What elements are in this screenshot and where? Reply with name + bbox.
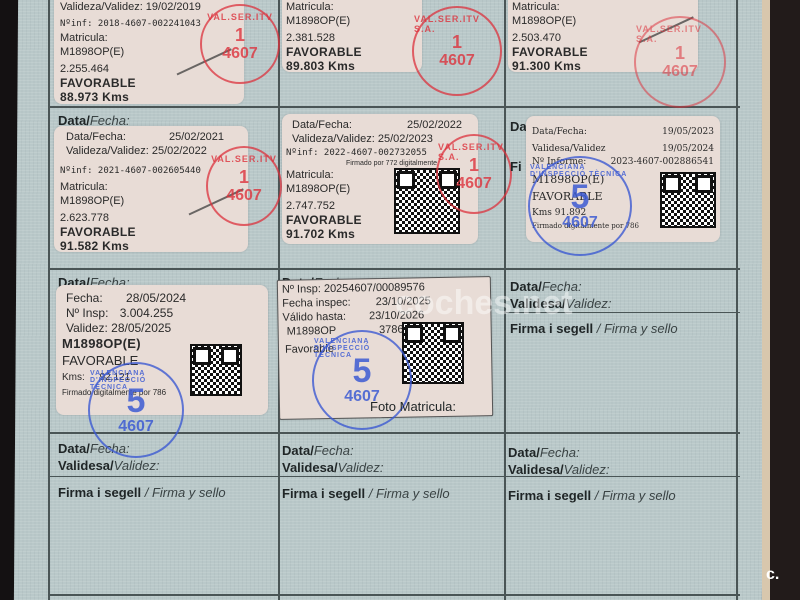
validity-label: Validesa/Validez:	[282, 459, 383, 476]
signature-label: Fi	[510, 158, 522, 175]
grid-divider	[48, 476, 740, 477]
validity-label: Validesa/Validez:	[508, 461, 609, 478]
record-number: 2.381.528	[286, 31, 418, 45]
itv-stamp: VAL.SER.ITV S.A. 1 4607	[634, 16, 726, 108]
grid-divider	[48, 594, 740, 596]
qr-code	[660, 172, 716, 228]
result-status: FAVORABLE	[60, 225, 242, 239]
date-line: Fecha: 28/05/2024	[62, 291, 262, 306]
itv-stamp: VALENCIANA D'INSPECCIÓ TÈCNICA 5 4607	[528, 156, 632, 256]
background-right-edge	[770, 0, 800, 600]
inspection-sticker: Matricula: M1898OP(E) 2.381.528 FAVORABL…	[282, 0, 422, 72]
date-label: Data/Fecha:	[282, 442, 354, 459]
mileage: 89.803 Kms	[286, 59, 418, 73]
mileage: 91.582 Kms	[60, 239, 242, 253]
itv-stamp: VAL.SER.ITV 1 4607	[206, 146, 282, 226]
itv-stamp: VALENCIANA D'INSPECCIÓ TÈCNICA 5 4607	[312, 330, 412, 430]
mileage: 88.973 Kms	[60, 90, 238, 104]
date-line: Data/Fecha: 25/02/2022	[286, 118, 474, 132]
plate-number: M1898OP(E)	[286, 14, 418, 28]
date-label: Da	[510, 118, 527, 135]
itv-stamp: VAL.SER.ITV S.A. 1 4607	[412, 6, 502, 96]
grid-divider	[48, 268, 740, 270]
itv-stamp: VALENCIANA D'INSPECCIÓ TÈCNICA 5 4607	[88, 362, 184, 458]
validity-line: Validesa/Validez19/05/2024	[532, 143, 714, 156]
date-line: Data/Fecha:19/05/2023	[532, 126, 714, 139]
signature-label: Firma i segell / Firma y sello	[282, 485, 450, 502]
validity-line: Validez: 28/05/2025	[62, 321, 262, 336]
watermark: coches.net	[395, 284, 573, 323]
signature-label: Firma i segell / Firma y sello	[508, 487, 676, 504]
date-label: Data/Fecha:	[508, 444, 580, 461]
qr-code	[190, 344, 242, 396]
signature-label: Firma i segell / Firma y sello	[58, 484, 226, 501]
corner-logo: c.	[766, 566, 779, 584]
result-status: FAVORABLE	[286, 45, 418, 59]
itv-stamp: VAL.SER.ITV 1 4607	[200, 4, 280, 84]
plate-label: Matricula:	[512, 0, 694, 14]
plate-label: Matricula:	[286, 0, 418, 14]
validity-label: Validesa/Validez:	[58, 457, 159, 474]
paper-edge	[762, 0, 770, 600]
grid-divider	[48, 106, 740, 108]
insp-line: Nº Insp: 3.004.255	[62, 306, 262, 321]
date-line: Data/Fecha: 25/02/2021	[60, 130, 242, 144]
itv-stamp: VAL.SER.ITV S.A. 1 4607	[436, 134, 512, 214]
photo-plate-label: Foto Matricula:	[370, 398, 456, 415]
